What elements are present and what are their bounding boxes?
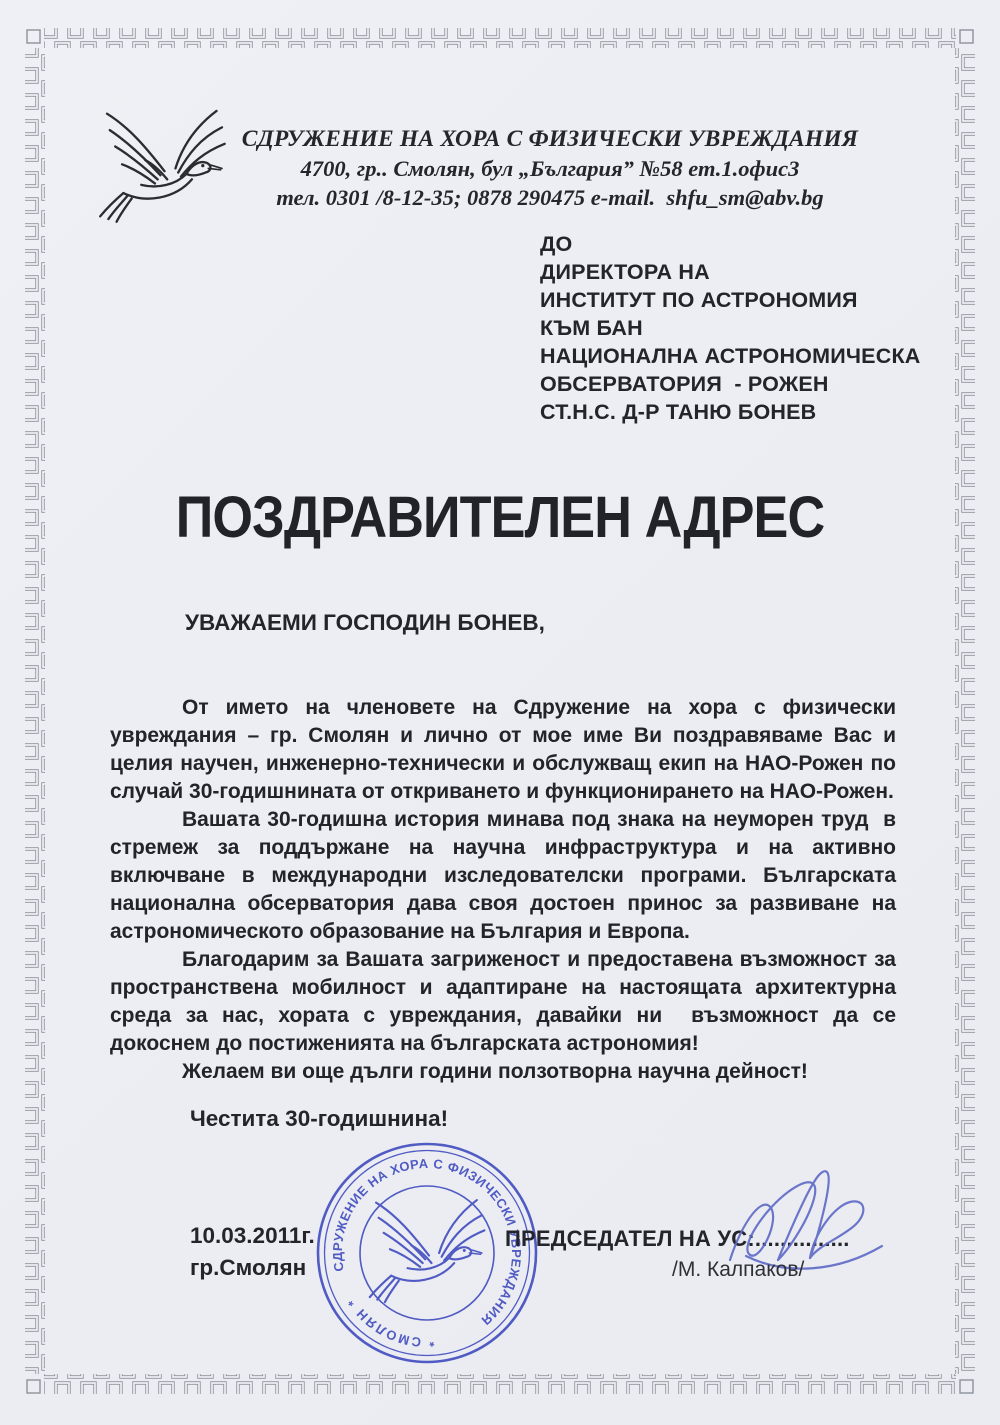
recipient-block: ДО ДИРЕКТОРА НА ИНСТИТУТ ПО АСТРОНОМИЯ К… (540, 230, 921, 426)
city: гр.Смолян (190, 1252, 315, 1284)
org-name: СДРУЖЕНИЕ НА ХОРА С ФИЗИЧЕСКИ УВРЕЖДАНИЯ (200, 124, 900, 154)
stamp-dove-icon (370, 1200, 485, 1302)
closing-line: Честита 30-годишнина! (190, 1106, 448, 1132)
recipient-line: НАЦИОНАЛНА АСТРОНОМИЧЕСКА (540, 342, 921, 370)
recipient-line: ДО (540, 230, 921, 258)
letterhead: СДРУЖЕНИЕ НА ХОРА С ФИЗИЧЕСКИ УВРЕЖДАНИЯ… (200, 124, 900, 212)
recipient-line: КЪМ БАН (540, 314, 921, 342)
round-stamp: СДРУЖЕНИЕ НА ХОРА С ФИЗИЧЕСКИ УВРЕЖДАНИЯ… (314, 1140, 540, 1366)
recipient-line: ДИРЕКТОРА НА (540, 258, 921, 286)
body-paragraph: Вашата 30-годишна история минава под зна… (110, 806, 896, 946)
date: 10.03.2011г. (190, 1220, 315, 1252)
letter-body: От името на членовете на Сдружение на хо… (110, 694, 896, 1086)
date-block: 10.03.2011г. гр.Смолян (190, 1220, 315, 1284)
document-title: ПОЗДРАВИТЕЛЕН АДРЕС (50, 484, 950, 551)
body-paragraph: Желаем ви още дълги години ползотворна н… (110, 1058, 896, 1086)
body-paragraph: Благодарим за Вашата загриженост и предо… (110, 946, 896, 1058)
recipient-line: СТ.Н.С. Д-Р ТАНЮ БОНЕВ (540, 398, 921, 426)
scanned-letter-page: СДРУЖЕНИЕ НА ХОРА С ФИЗИЧЕСКИ УВРЕЖДАНИЯ… (0, 0, 1000, 1425)
salutation: УВАЖАЕМИ ГОСПОДИН БОНЕВ, (185, 610, 545, 636)
org-address: 4700, гр.. Смолян, бул „България” №58 ет… (200, 154, 900, 183)
org-contact: тел. 0301 /8-12-35; 0878 290475 e-mail. … (200, 183, 900, 212)
recipient-line: ОБСЕРВАТОРИЯ - РОЖЕН (540, 370, 921, 398)
signer-name: /М. Калпаков/ (672, 1258, 804, 1282)
recipient-line: ИНСТИТУТ ПО АСТРОНОМИЯ (540, 286, 921, 314)
body-paragraph: От името на членовете на Сдружение на хо… (110, 694, 896, 806)
